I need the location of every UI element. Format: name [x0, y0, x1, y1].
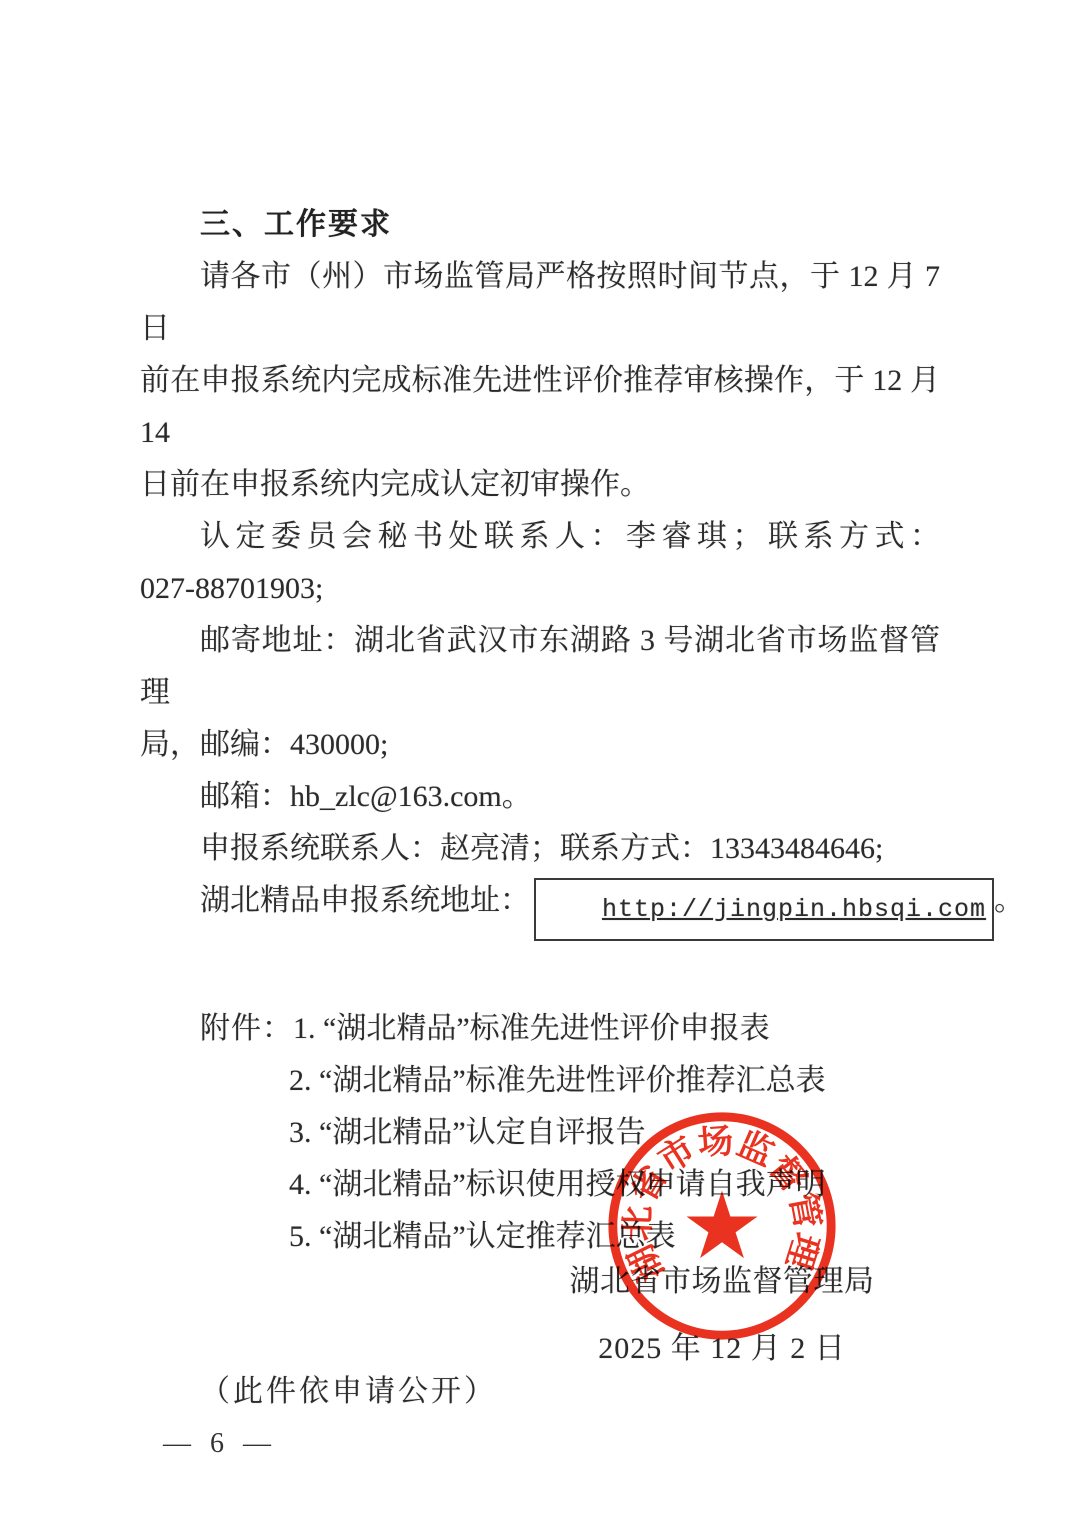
attachment-item: 3. “湖北精品”认定自评报告 [140, 1107, 940, 1159]
disclosure-note: （此件依申请公开） [200, 1366, 497, 1410]
section-heading: 三、工作要求 [140, 199, 940, 251]
signature-block: 湖北省市场监督管理局 2025 年 12 月 2 日 [512, 1256, 932, 1367]
paragraph-system-url: 湖北精品申报系统地址：http://jingpin.hbsqi.com。 [140, 875, 940, 941]
system-url-period: 。 [994, 884, 1024, 917]
paragraph-mailing-address: 邮寄地址：湖北省武汉市东湖路 3 号湖北省市场监督管理 局，邮编：430000; [140, 615, 940, 771]
body-line: 请各市（州）市场监管局严格按照时间节点，于 12 月 7 日 [140, 251, 940, 355]
page-number: — 6 — [163, 1428, 277, 1460]
issuer-name: 湖北省市场监督管理局 [512, 1256, 932, 1300]
paragraph-committee-contact: 认定委员会秘书处联系人：李睿琪；联系方式： 027-88701903; [140, 511, 940, 615]
attachments-list: 附件：1. “湖北精品”标准先进性评价申报表 2. “湖北精品”标准先进性评价推… [140, 1003, 940, 1263]
body-line: 前在申报系统内完成标准先进性评价推荐审核操作，于 12 月 14 [140, 355, 940, 459]
document-body: 三、工作要求 请各市（州）市场监管局严格按照时间节点，于 12 月 7 日 前在… [140, 199, 940, 1263]
issue-date: 2025 年 12 月 2 日 [512, 1323, 932, 1367]
attachments-label: 附件： [200, 1012, 293, 1045]
body-line: 认定委员会秘书处联系人：李睿琪；联系方式： [140, 511, 940, 563]
body-line: 027-88701903; [140, 563, 940, 615]
system-url-link[interactable]: http://jingpin.hbsqi.com [602, 895, 986, 924]
body-line: 邮寄地址：湖北省武汉市东湖路 3 号湖北省市场监督管理 [140, 615, 940, 719]
paragraph-system-contact: 申报系统联系人：赵亮清；联系方式：13343484646; [140, 823, 940, 875]
system-url-box: http://jingpin.hbsqi.com [534, 878, 994, 941]
document-page: 三、工作要求 请各市（州）市场监管局严格按照时间节点，于 12 月 7 日 前在… [0, 0, 1080, 1527]
body-line: 局，邮编：430000; [140, 719, 940, 771]
paragraph-email: 邮箱：hb_zlc@163.com。 [140, 771, 940, 823]
attachment-title: 1. “湖北精品”标准先进性评价申报表 [293, 1012, 770, 1045]
blank-spacer [140, 941, 940, 1003]
attachment-item: 附件：1. “湖北精品”标准先进性评价申报表 [140, 1003, 940, 1055]
system-url-label: 湖北精品申报系统地址： [200, 884, 530, 917]
body-line: 日前在申报系统内完成认定初审操作。 [140, 459, 940, 511]
paragraph-work-requirements: 请各市（州）市场监管局严格按照时间节点，于 12 月 7 日 前在申报系统内完成… [140, 251, 940, 511]
attachment-item: 4. “湖北精品”标识使用授权申请自我声明 [140, 1159, 940, 1211]
attachment-item: 2. “湖北精品”标准先进性评价推荐汇总表 [140, 1055, 940, 1107]
